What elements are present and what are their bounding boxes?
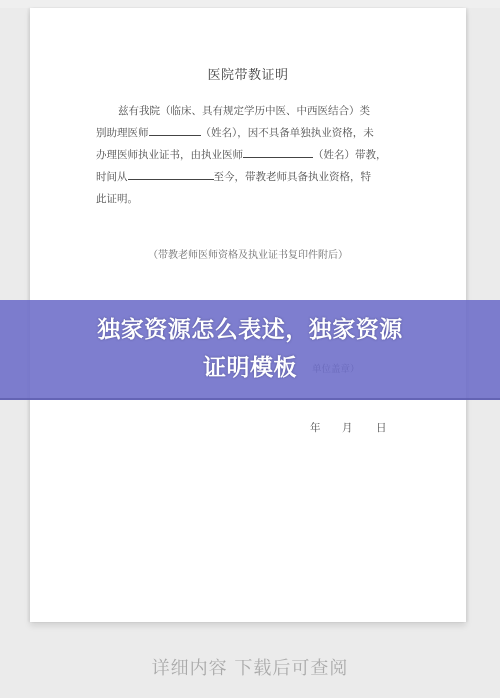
name-blank-supervisor — [243, 145, 313, 158]
body-line-5: 此证明。 — [96, 188, 436, 210]
page-top-strip — [0, 0, 500, 8]
body-text: 此证明。 — [96, 193, 138, 205]
date-blank — [128, 167, 214, 180]
body-line-1: 兹有我院（临床、具有规定学历中医、中西医结合）类 — [96, 100, 436, 122]
title-banner: 独家资源怎么表述，独家资源 证明模板 — [0, 300, 500, 400]
date-day-label: 日 — [376, 420, 387, 435]
body-text: （姓名）带教， — [313, 149, 387, 161]
download-prompt-link[interactable]: 详细内容 下载后可查阅 — [0, 654, 500, 680]
body-text: 办理医师执业证书，由执业医师 — [96, 149, 243, 161]
body-text: 至今，带教老师具备执业资格，特 — [214, 171, 372, 183]
body-line-3: 办理医师执业证书，由执业医师（姓名）带教， — [96, 144, 436, 166]
document-title: 医院带教证明 — [30, 64, 466, 83]
date-month-label: 月 — [342, 420, 353, 435]
date-year-label: 年 — [310, 420, 321, 435]
document-body: 兹有我院（临床、具有规定学历中医、中西医结合）类 别助理医师（姓名），因不具备单… — [96, 100, 436, 210]
name-blank-assistant — [149, 123, 201, 136]
banner-title-line-2: 证明模板 — [40, 349, 460, 387]
body-text: 别助理医师 — [96, 127, 149, 139]
body-text: （姓名），因不具备单独执业资格，未 — [201, 127, 374, 139]
attachment-note: （带教老师医师资格及执业证书复印件附后） — [30, 246, 466, 261]
body-text: 时间从 — [96, 171, 128, 183]
banner-title: 独家资源怎么表述，独家资源 证明模板 — [40, 311, 460, 387]
banner-title-line-1: 独家资源怎么表述，独家资源 — [40, 311, 460, 349]
body-line-2: 别助理医师（姓名），因不具备单独执业资格，未 — [96, 122, 436, 144]
body-text: 兹有我院（临床、具有规定学历中医、中西医结合）类 — [118, 105, 370, 117]
body-line-4: 时间从至今，带教老师具备执业资格，特 — [96, 166, 436, 188]
